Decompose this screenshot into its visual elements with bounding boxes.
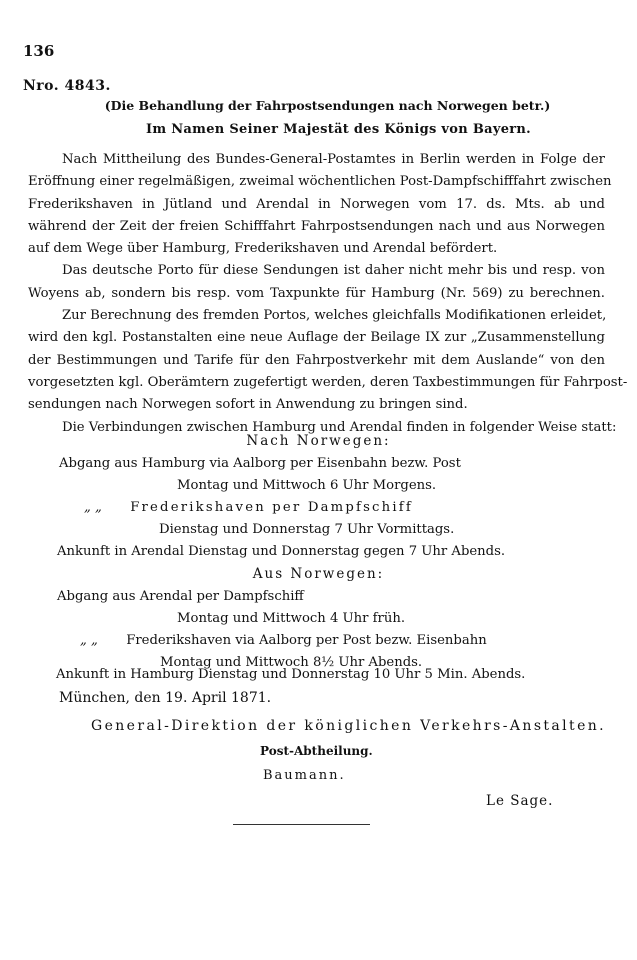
text-line: sendungen nach Norwegen sofort in Anwend… (28, 394, 605, 416)
schedule-row-text: Frederikshaven via Aalborg per Post bezw… (126, 633, 487, 648)
schedule-row: Abgang aus Hamburg via Aalborg per Eisen… (59, 456, 461, 471)
schedule-row: Montag und Mittwoch 6 Uhr Morgens. (177, 478, 436, 493)
schedule-row: Montag und Mittwoch 4 Uhr früh. (177, 611, 405, 626)
text-line: Das deutsche Porto für diese Sendungen i… (28, 260, 605, 282)
text-line: Frederikshaven in Jütland und Arendal in… (28, 194, 605, 216)
issuing-division: Post-Abtheilung. (260, 744, 373, 758)
text-line: Woyens ab, sondern bis resp. vom Taxpunk… (28, 283, 605, 305)
signatory-baumann: Baumann. (263, 768, 346, 783)
page-number: 136 (23, 42, 54, 60)
issuing-authority: General-Direktion der königlichen Verkeh… (91, 718, 606, 734)
text-line: auf dem Wege über Hamburg, Frederikshave… (28, 238, 605, 260)
paragraph-2: Das deutsche Porto für diese Sendungen i… (28, 260, 605, 305)
text-line: der Bestimmungen und Tarife für den Fahr… (28, 350, 605, 372)
schedule-row: Ankunft in Hamburg Dienstag und Donnerst… (56, 667, 525, 682)
schedule-row: Dienstag und Donnerstag 7 Uhr Vormittags… (159, 522, 454, 537)
text-line: vorgesetzten kgl. Oberämtern zugefertigt… (28, 372, 605, 394)
schedule-row: Ankunft in Arendal Dienstag und Donnerst… (57, 544, 505, 559)
ditto-marks: „ „ (84, 500, 126, 515)
text-line: Zur Berechnung des fremden Portos, welch… (28, 305, 605, 327)
text-line: Nach Mittheilung des Bundes-General-Post… (28, 149, 605, 171)
signatory-le-sage: Le Sage. (486, 793, 553, 809)
to-norway-heading: Nach Norwegen: (0, 433, 637, 449)
text-line: wird den kgl. Postanstalten eine neue Au… (28, 327, 605, 349)
text-line: Eröffnung einer regelmäßigen, zweimal wö… (28, 171, 605, 193)
document-subject: (Die Behandlung der Fahrpostsendungen na… (0, 98, 637, 113)
place-and-date: München, den 19. April 1871. (59, 690, 271, 706)
schedule-row-text: Frederikshaven per Dampfschiff (130, 500, 413, 515)
royal-preamble: Im Namen Seiner Majestät des Königs von … (0, 122, 637, 137)
ditto-marks: „ „ (80, 633, 122, 648)
schedule-row: Abgang aus Arendal per Dampfschiff (57, 589, 304, 604)
paragraph-1: Nach Mittheilung des Bundes-General-Post… (28, 149, 605, 260)
schedule-row: „ „ Frederikshaven via Aalborg per Post … (80, 633, 487, 648)
paragraph-3: Zur Berechnung des fremden Portos, welch… (28, 305, 605, 416)
body-text: Nach Mittheilung des Bundes-General-Post… (28, 149, 605, 439)
text-line: während der Zeit der freien Schifffahrt … (28, 216, 605, 238)
closing-divider-rule (233, 824, 370, 825)
document-number: Nro. 4843. (23, 78, 111, 94)
schedule-row: „ „ Frederikshaven per Dampfschiff (84, 500, 413, 515)
from-norway-heading: Aus Norwegen: (0, 566, 637, 582)
